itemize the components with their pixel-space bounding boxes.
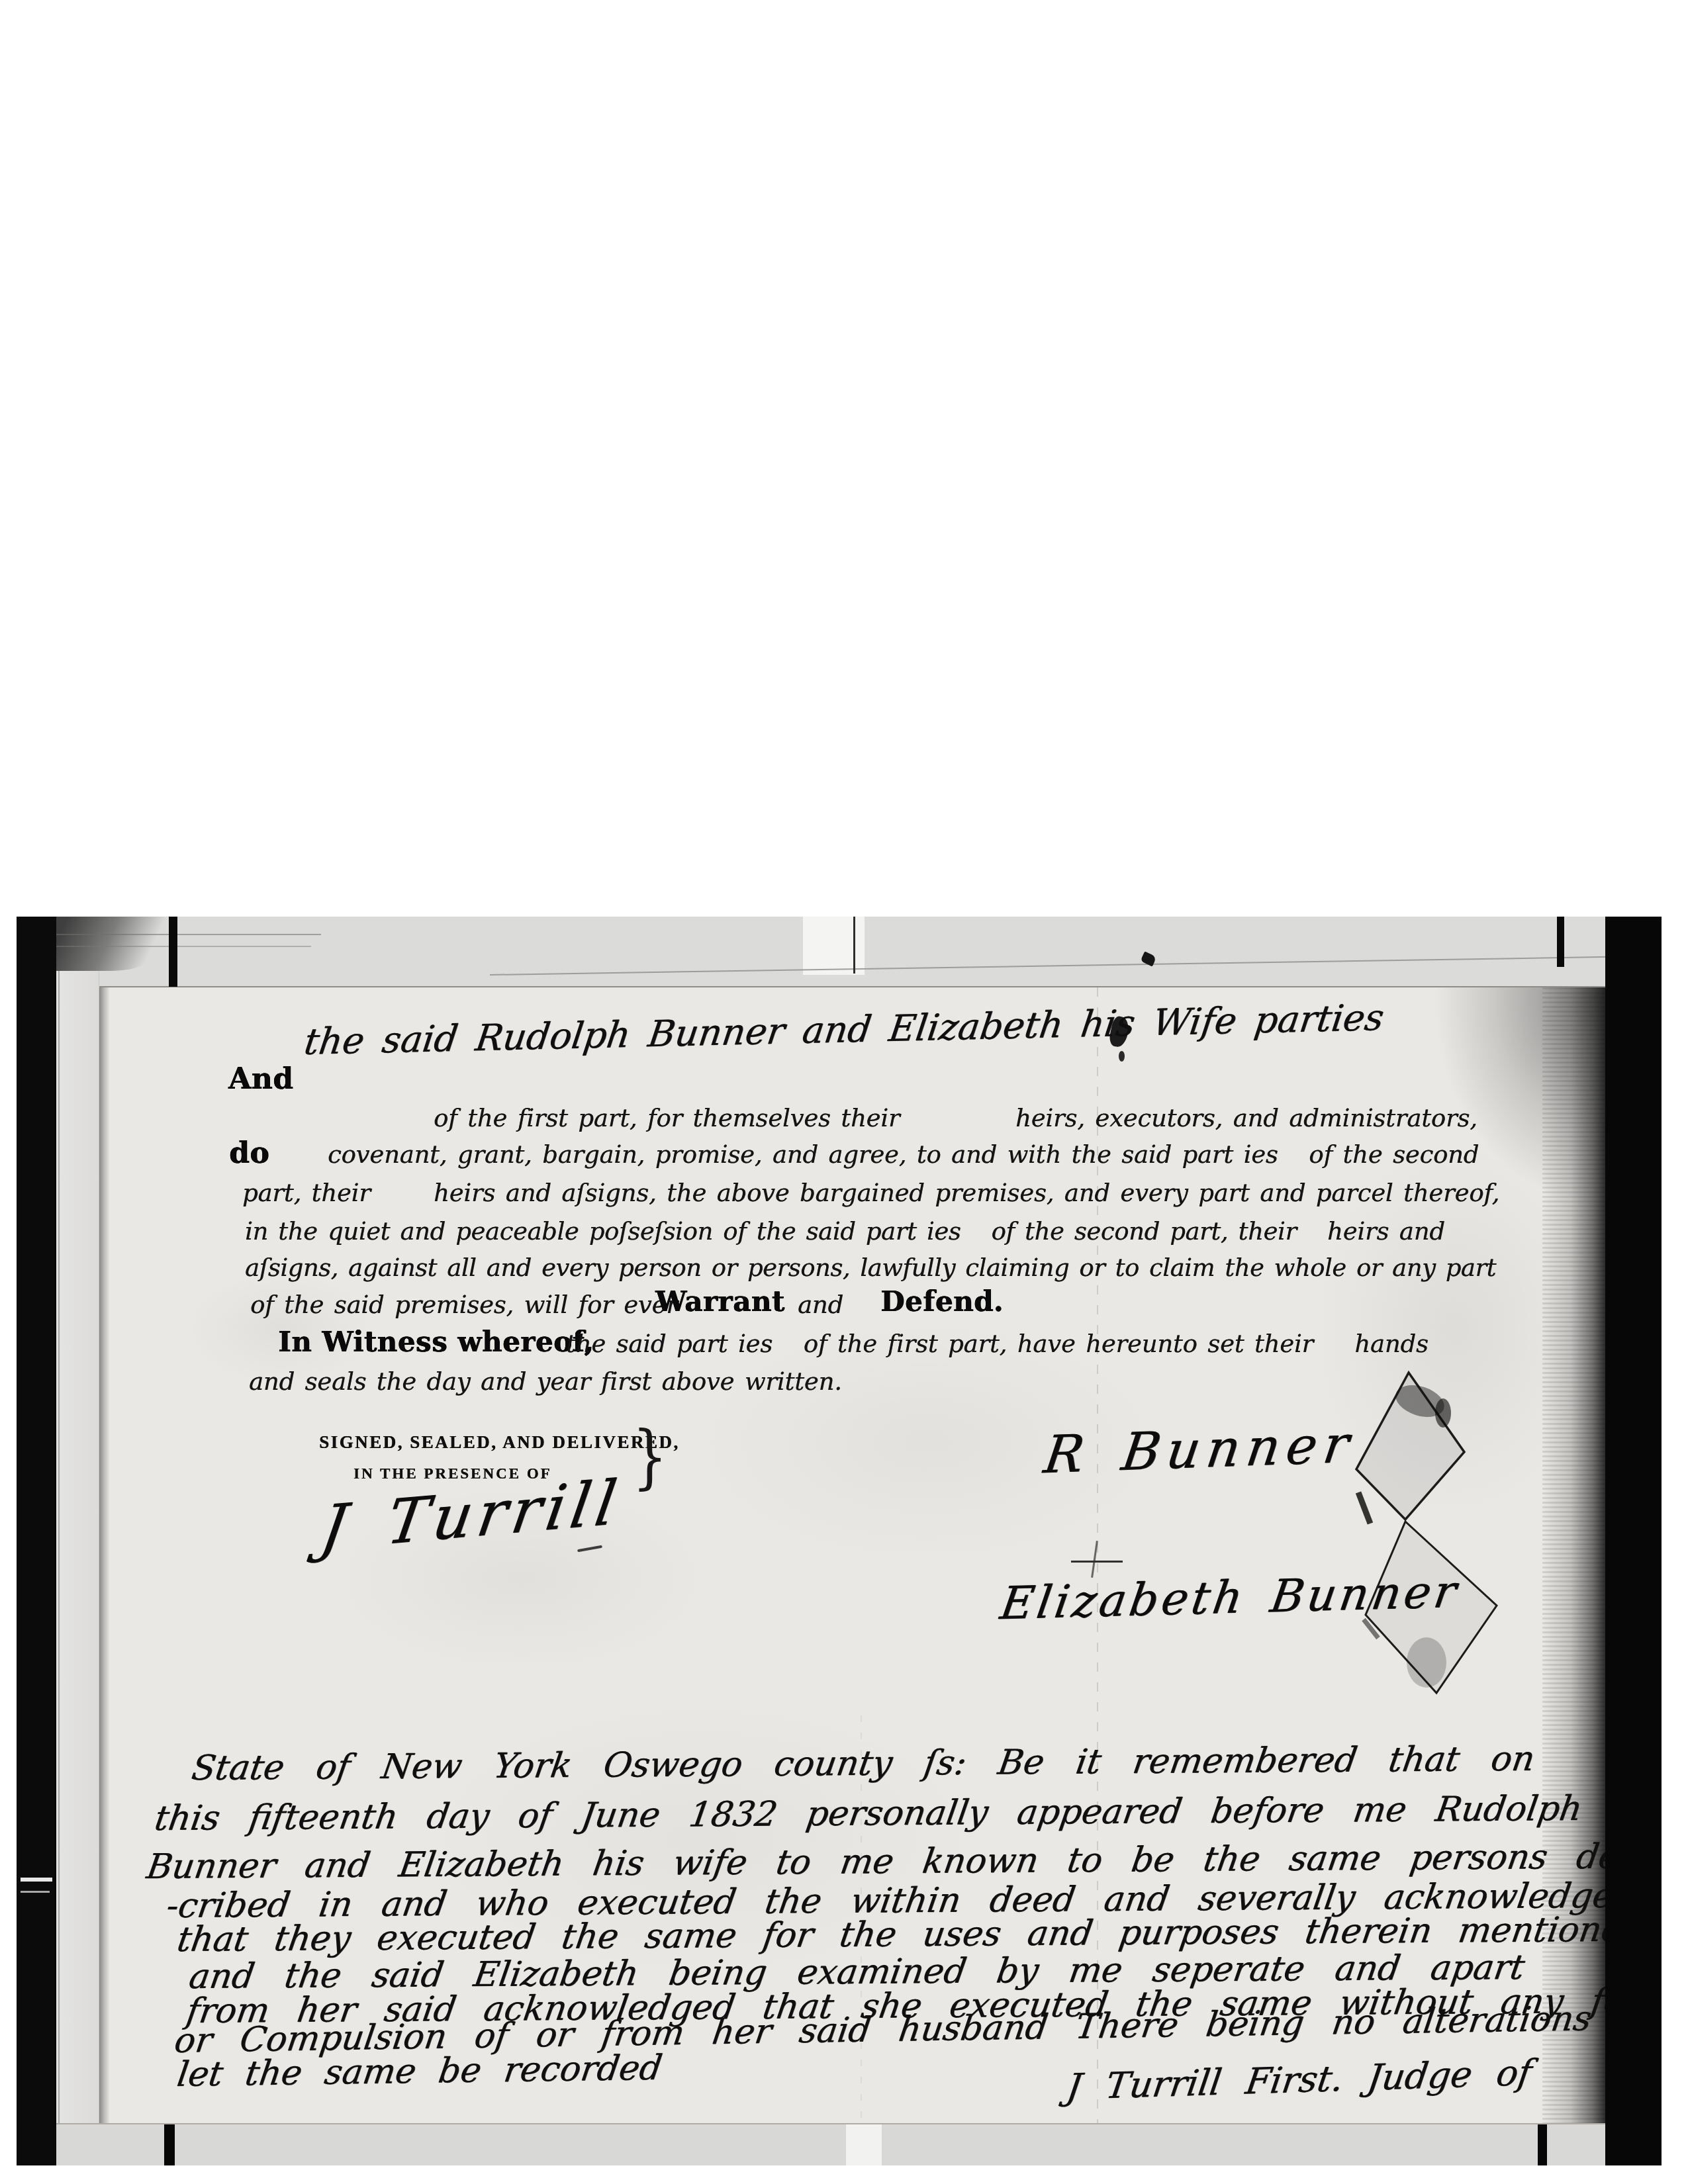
printed-line-first-part: of the first part, for themselves their	[434, 1104, 900, 1132]
printed-line-witness-rest: the said part ies of the first part, hav…	[566, 1330, 1429, 1358]
film-left-strip	[56, 917, 99, 2165]
printed-line-assigns-against: aſsigns, against all and every person or…	[245, 1253, 1496, 1282]
seal-edge-ink-streak	[1358, 1492, 1370, 1524]
film-left-strip-line	[58, 917, 60, 2165]
page-behind-edge-line	[490, 956, 1610, 976]
printed-line-seals: and seals the day and year first above w…	[249, 1367, 842, 1396]
attestation-signed-sealed: SIGNED, SEALED, AND DELIVERED,	[319, 1432, 680, 1453]
printed-word-defend: Defend.	[880, 1285, 1004, 1318]
scan-edge-line-2	[56, 946, 311, 947]
printed-line-premises: of the said premises, will for ever	[250, 1291, 678, 1319]
film-bar-nick-2	[21, 1891, 50, 1893]
signature-r-bunner: R Bunner	[1041, 1414, 1359, 1485]
printed-word-do: do	[229, 1136, 269, 1170]
printed-line-heirs-assigns: heirs and aſsigns, the above bargained p…	[434, 1179, 1499, 1207]
scanned-deed-photo: And the said Rudolph Bunner and Elizabet…	[17, 917, 1662, 2165]
printed-line-quiet-possession: in the quiet and peaceable poſseſsion of…	[245, 1217, 1297, 1246]
printed-word-and: And	[228, 1062, 293, 1096]
film-tick-top-right	[1557, 917, 1564, 967]
scan-bottom-band	[56, 2123, 1605, 2165]
film-tick-top-left	[169, 917, 177, 987]
seal-smudge-upper-dark	[1435, 1398, 1451, 1428]
ink-blot-top-center-small	[1119, 1051, 1125, 1062]
printed-line-part-their: part, their	[242, 1179, 371, 1207]
printed-line-heirs-executors: heirs, executors, and administrators,	[1015, 1104, 1477, 1132]
printed-word-and-small: and	[798, 1291, 843, 1319]
film-bar-right	[1605, 917, 1662, 2165]
attestation-brace: }	[632, 1416, 667, 1498]
deed-paper: And the said Rudolph Bunner and Elizabet…	[99, 986, 1605, 2123]
book-gutter-top	[803, 917, 865, 975]
paper-left-edge-shade	[99, 987, 110, 2123]
scan-shadow-wedge	[56, 917, 172, 971]
wax-seal-outlines	[1344, 1361, 1516, 1702]
printed-word-warrant: Warrant	[655, 1285, 785, 1318]
scan-edge-line-1	[56, 934, 321, 935]
printed-line-covenant: covenant, grant, bargain, promise, and a…	[328, 1140, 1479, 1169]
seal-smudge-lower	[1407, 1637, 1446, 1688]
cross-mark-horizontal	[1071, 1561, 1123, 1563]
film-bar-nick-1	[21, 1878, 52, 1882]
book-gutter-bottom	[846, 2124, 882, 2165]
acknowledgment-line-9: let the same be recorded	[175, 2048, 665, 2095]
film-bar-left	[17, 917, 56, 2165]
film-tick-bottom-right	[1538, 2124, 1547, 2165]
printed-witness-whereof: In Witness whereof,	[278, 1326, 594, 1358]
book-gutter-top-line	[853, 917, 855, 974]
film-tick-bottom-left	[164, 2124, 175, 2165]
printed-line-heirs-and: heirs and	[1327, 1217, 1445, 1246]
paper-corner-shade	[1433, 987, 1605, 1206]
